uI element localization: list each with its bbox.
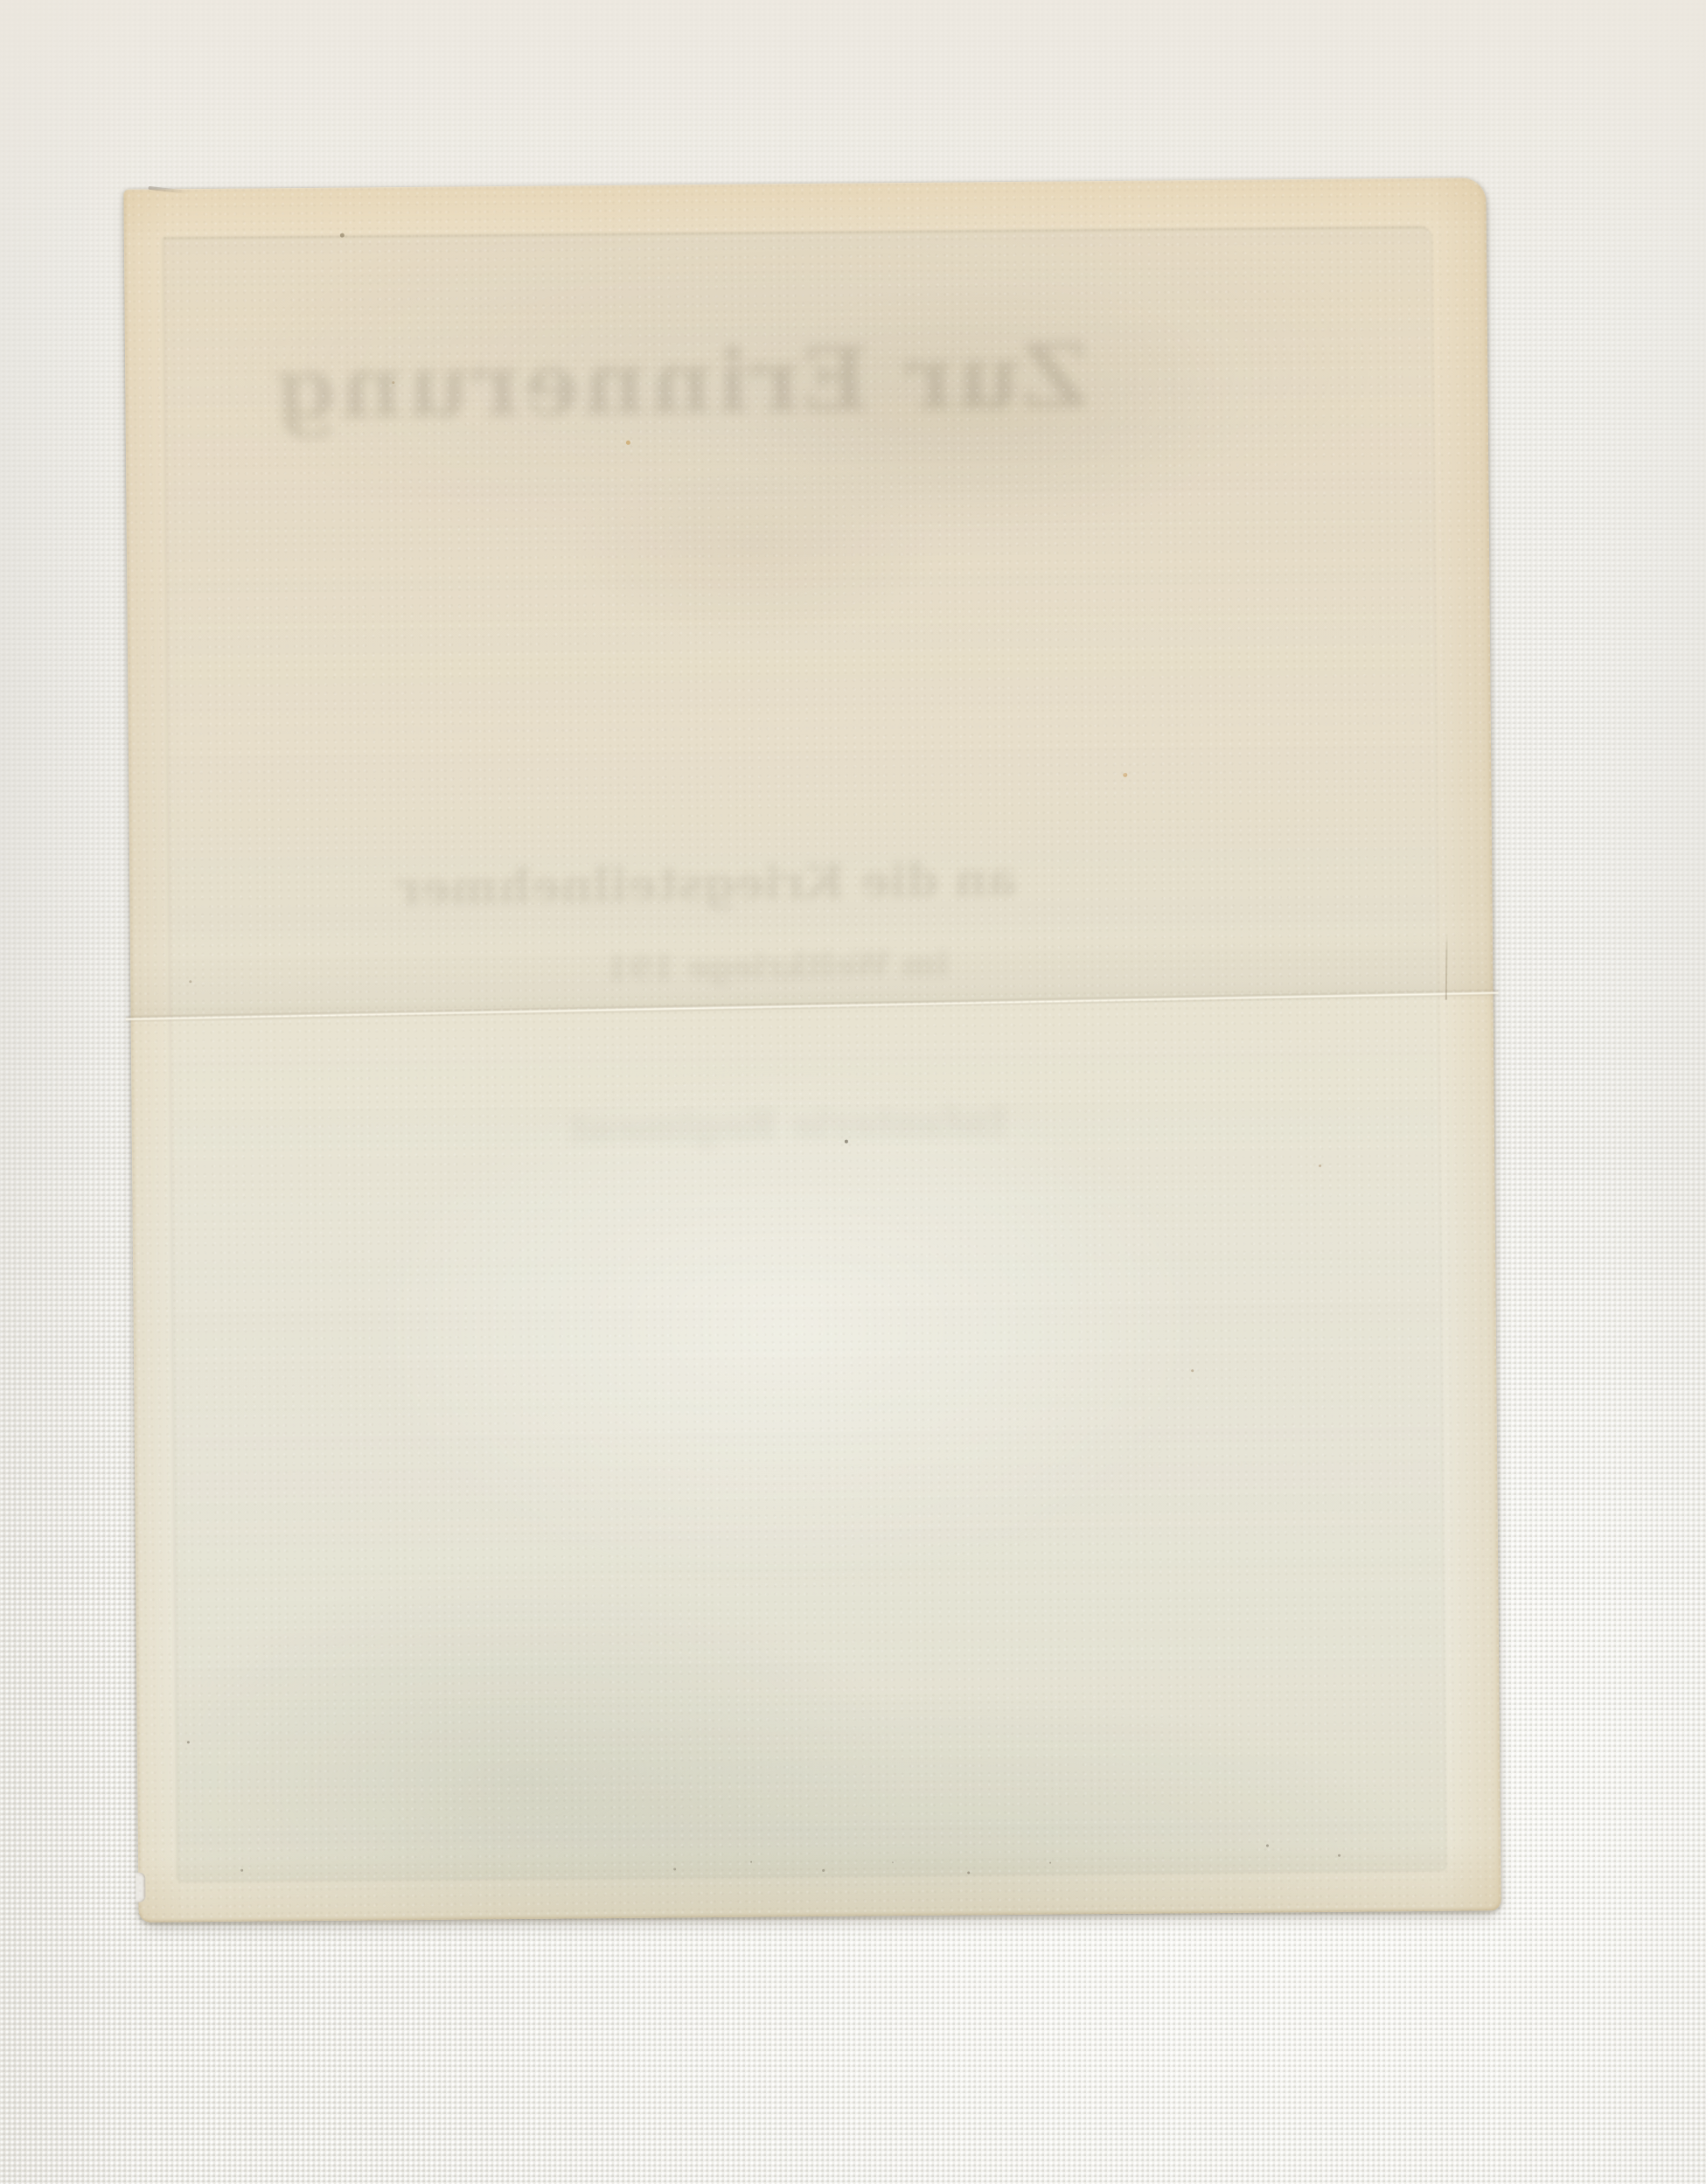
fox-spot [822, 1869, 825, 1872]
left-edge-notch [136, 1873, 145, 1902]
fox-spot [340, 233, 345, 238]
fox-spot [240, 1869, 243, 1872]
ghost-border-frame [163, 226, 1446, 1882]
ghost-title-bleedthrough: Zur Erinnerung [386, 323, 1088, 438]
fox-spot [392, 381, 394, 384]
fox-spot [967, 1871, 970, 1874]
fox-spot [845, 1140, 848, 1144]
fox-spot [1049, 1862, 1051, 1864]
fox-spot [1266, 1844, 1269, 1847]
fox-spot [626, 441, 630, 445]
photo-page: { "scene": { "description": "Photograph … [0, 0, 1706, 2184]
flap-edge-line [1445, 934, 1448, 1000]
fox-spot [1319, 1165, 1321, 1167]
card-back-paper: Zur Erinnerung an die Kriegsteilnehmer i… [123, 177, 1501, 1923]
fox-spot [1191, 1369, 1194, 1372]
fox-spot [892, 1861, 894, 1863]
fox-spot [750, 1861, 752, 1863]
ghost-line-small-bleedthrough: im Weltkriege 191 [550, 942, 1006, 989]
fox-spot [189, 980, 191, 983]
fox-spot [187, 1741, 190, 1743]
photo-scene: Zur Erinnerung an die Kriegsteilnehmer i… [0, 0, 1706, 2184]
fox-spot [1123, 773, 1127, 777]
fox-spot [673, 1868, 676, 1870]
fox-spot [1338, 1854, 1340, 1857]
